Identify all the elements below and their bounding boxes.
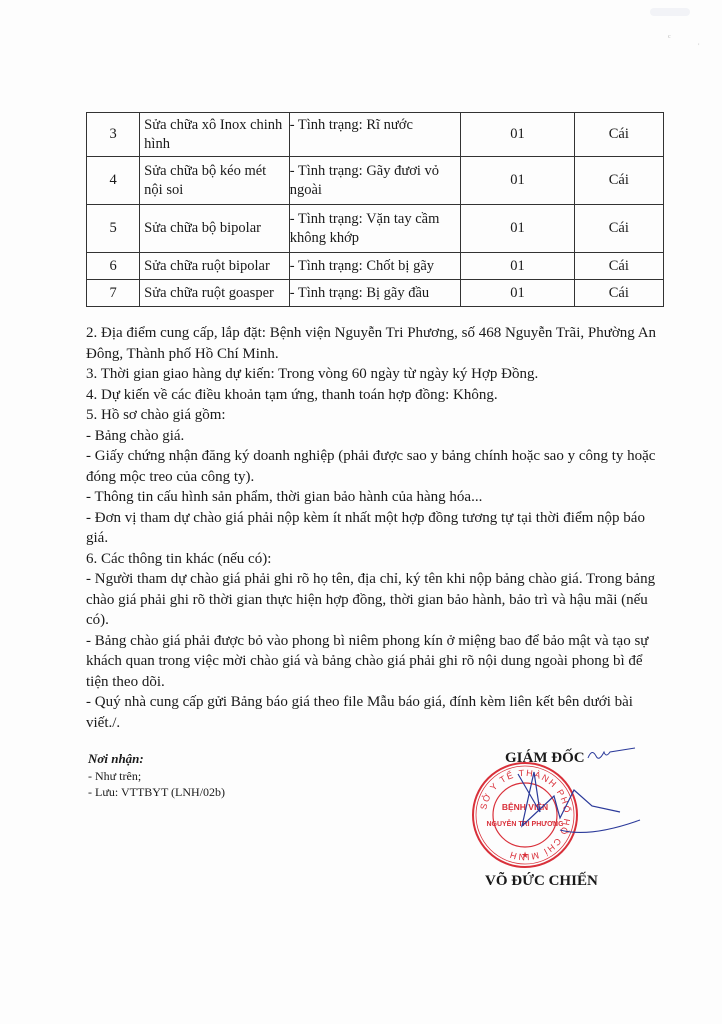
item-number: 4 [87,157,140,205]
item-name: Sửa chữa bộ kéo mét nội soi [140,157,290,205]
item-unit: Cái [574,113,663,157]
body-text: 2. Địa điểm cung cấp, lắp đặt: Bệnh viện… [86,323,666,733]
quote-doc-item: - Đơn vị tham dự chào giá phải nộp kèm í… [86,508,666,549]
item-quantity: 01 [461,157,574,205]
item-status: - Tình trạng: Gãy đươi vỏ ngoài [289,157,461,205]
table-row: 6 Sửa chữa ruột bipolar - Tình trạng: Ch… [87,253,664,280]
quote-docs-heading: 5. Hồ sơ chào giá gồm: [86,405,666,426]
item-quantity: 01 [461,280,574,307]
item-unit: Cái [574,253,663,280]
item-name: Sửa chữa ruột goasper [140,280,290,307]
scan-smudge [650,8,690,16]
delivery-time: 3. Thời gian giao hàng dự kiến: Trong vò… [86,364,666,385]
recipient-item: - Lưu: VTTBYT (LNH/02b) [88,784,225,801]
table-row: 3 Sửa chữa xô Inox chinh hình - Tình trạ… [87,113,664,157]
item-number: 6 [87,253,140,280]
delivery-location: 2. Địa điểm cung cấp, lắp đặt: Bệnh viện… [86,323,666,364]
repair-items-table: 3 Sửa chữa xô Inox chinh hình - Tình trạ… [86,112,664,307]
item-unit: Cái [574,157,663,205]
other-info-item: - Quý nhà cung cấp gửi Bảng báo giá theo… [86,692,666,733]
item-status: - Tình trạng: Rĩ nước [289,113,461,157]
other-info-item: - Bảng chào giá phải được bỏ vào phong b… [86,631,666,693]
item-number: 7 [87,280,140,307]
payment-terms: 4. Dự kiến về các điều khoản tạm ứng, th… [86,385,666,406]
item-status: - Tình trạng: Vặn tay cầm không khớp [289,205,461,253]
signer-title: GIÁM ĐỐC [505,750,585,767]
item-status: - Tình trạng: Bị gãy đầu [289,280,461,307]
signature-block: SỞ Y TẾ THÀNH PHỐ HỒ CHÍ MINH BỆNH VIỆN … [470,740,650,900]
item-quantity: 01 [461,253,574,280]
item-number: 5 [87,205,140,253]
item-number: 3 [87,113,140,157]
item-name: Sửa chữa bộ bipolar [140,205,290,253]
item-status: - Tình trạng: Chốt bị gãy [289,253,461,280]
recipient-item: - Như trên; [88,768,225,785]
other-info-heading: 6. Các thông tin khác (nếu có): [86,549,666,570]
quote-doc-item: - Giấy chứng nhận đăng ký doanh nghiệp (… [86,446,666,487]
item-name: Sửa chữa ruột bipolar [140,253,290,280]
table-row: 4 Sửa chữa bộ kéo mét nội soi - Tình trạ… [87,157,664,205]
recipients-block: Nơi nhận: - Như trên; - Lưu: VTTBYT (LNH… [88,751,225,801]
item-quantity: 01 [461,205,574,253]
quote-doc-item: - Thông tin cấu hình sản phẩm, thời gian… [86,487,666,508]
table-row: 7 Sửa chữa ruột goasper - Tình trạng: Bị… [87,280,664,307]
item-unit: Cái [574,205,663,253]
other-info-item: - Người tham dự chào giá phải ghi rõ họ … [86,569,666,631]
item-quantity: 01 [461,113,574,157]
item-unit: Cái [574,280,663,307]
document-page: c , 3 Sửa chữa xô Inox chinh hình - Tình… [0,0,722,1024]
quote-doc-item: - Bảng chào giá. [86,426,666,447]
scan-speck: c [668,34,671,40]
item-name: Sửa chữa xô Inox chinh hình [140,113,290,157]
signer-name: VÕ ĐỨC CHIẾN [485,873,598,890]
recipients-label: Nơi nhận: [88,751,225,768]
table-row: 5 Sửa chữa bộ bipolar - Tình trạng: Vặn … [87,205,664,253]
scan-speck: , [698,40,700,46]
